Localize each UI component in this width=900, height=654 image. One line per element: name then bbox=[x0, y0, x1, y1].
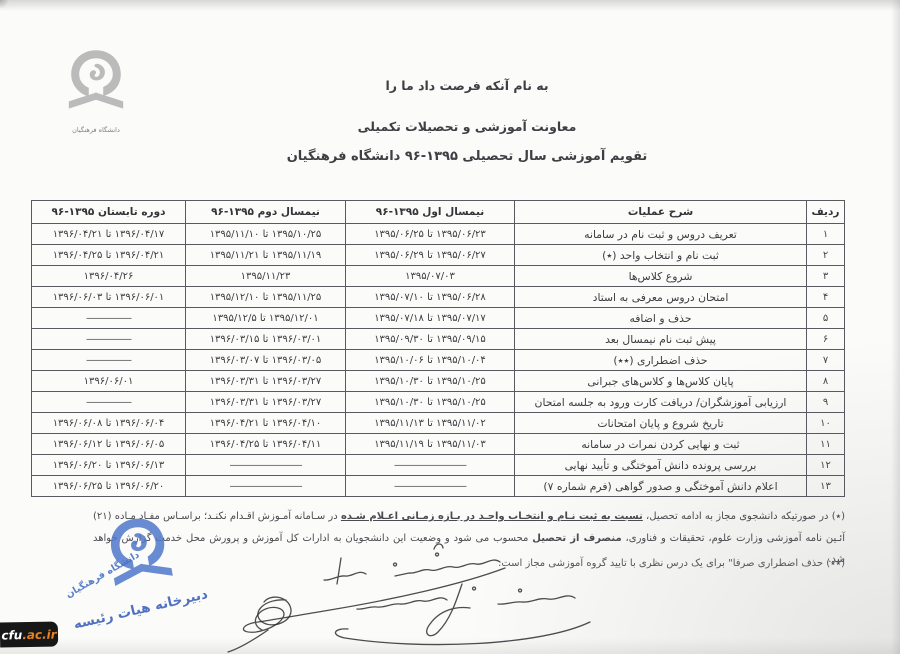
semester2-dates: ۱۳۹۶/۰۳/۰۵ تا ۱۳۹۶/۰۳/۰۷ bbox=[186, 350, 346, 371]
semester1-dates: ———————— bbox=[346, 476, 515, 497]
footnote-text-segment: (٭) در صورتیکه دانشجوی مجاز به ادامه تحص… bbox=[643, 511, 845, 522]
semester1-dates: ۱۳۹۵/۱۰/۲۵ تا ۱۳۹۵/۱۰/۳۰ bbox=[346, 371, 515, 392]
semester1-dates: ۱۳۹۵/۱۰/۰۴ تا ۱۳۹۵/۱۰/۰۶ bbox=[346, 350, 515, 371]
watermark-site: cfu bbox=[1, 628, 22, 642]
row-number: ۷ bbox=[807, 350, 845, 371]
operation-label: ثبت و نهایی کردن نمرات در سامانه bbox=[515, 434, 807, 455]
col-header-row-number: ردیف bbox=[807, 201, 845, 224]
operation-label: پایان کلاس‌ها و کلاس‌های جبرانی bbox=[515, 371, 807, 392]
handwritten-signatures bbox=[180, 535, 780, 654]
table-row: ۱۰تاریخ شروع و پایان امتحانات۱۳۹۵/۱۱/۰۲ … bbox=[32, 413, 845, 434]
semester2-dates: ۱۳۹۵/۱۱/۲۳ bbox=[186, 266, 346, 287]
col-header-semester2: نیمسال دوم ۱۳۹۵-۹۶ bbox=[186, 201, 346, 224]
operation-label: شروع کلاس‌ها bbox=[515, 266, 807, 287]
summer-dates: ۱۳۹۶/۰۴/۲۱ تا ۱۳۹۶/۰۴/۲۵ bbox=[32, 245, 186, 266]
summer-dates: ————— bbox=[32, 329, 186, 350]
row-number: ۱۲ bbox=[807, 455, 845, 476]
signature-stroke bbox=[394, 544, 522, 592]
row-number: ۱۳ bbox=[807, 476, 845, 497]
operation-label: تاریخ شروع و پایان امتحانات bbox=[515, 413, 807, 434]
summer-dates: ۱۳۹۶/۰۶/۰۵ تا ۱۳۹۶/۰۶/۱۲ bbox=[32, 434, 186, 455]
signature-stroke bbox=[324, 558, 366, 584]
semester2-dates: ۱۳۹۵/۱۲/۰۱ تا ۱۳۹۵/۱۲/۵ bbox=[186, 308, 346, 329]
row-number: ۹ bbox=[807, 392, 845, 413]
semester1-dates: ۱۳۹۵/۰۷/۱۷ تا ۱۳۹۵/۰۷/۱۸ bbox=[346, 308, 515, 329]
summer-dates: ۱۳۹۶/۰۴/۱۷ تا ۱۳۹۶/۰۴/۲۱ bbox=[32, 224, 186, 245]
operation-label: حذف و اضافه bbox=[515, 308, 807, 329]
semester2-dates: ۱۳۹۵/۱۱/۱۹ تا ۱۳۹۵/۱۱/۲۱ bbox=[186, 245, 346, 266]
semester2-dates: ۱۳۹۶/۰۴/۱۱ تا ۱۳۹۶/۰۴/۲۵ bbox=[186, 434, 346, 455]
table-row: ۳شروع کلاس‌ها۱۳۹۵/۰۷/۰۳۱۳۹۵/۱۱/۲۳۱۳۹۶/۰۴… bbox=[32, 266, 845, 287]
summer-dates: ۱۳۹۶/۰۴/۲۶ bbox=[32, 266, 186, 287]
row-number: ۳ bbox=[807, 266, 845, 287]
table-row: ۱۳اعلام دانش آموختگی و صدور گواهی (فرم ش… bbox=[32, 476, 845, 497]
table-row: ۱تعریف دروس و ثبت نام در سامانه۱۳۹۵/۰۶/۲… bbox=[32, 224, 845, 245]
semester2-dates: ۱۳۹۶/۰۴/۱۰ تا ۱۳۹۶/۰۴/۲۱ bbox=[186, 413, 346, 434]
department-line: معاونت آموزشی و تحصیلات تکمیلی bbox=[34, 119, 900, 134]
semester2-dates: ۱۳۹۶/۰۳/۲۷ تا ۱۳۹۶/۰۳/۳۱ bbox=[186, 392, 346, 413]
table-row: ۱۱ثبت و نهایی کردن نمرات در سامانه۱۳۹۵/۱… bbox=[32, 434, 845, 455]
semester2-dates: ۱۳۹۶/۰۳/۰۱ تا ۱۳۹۶/۰۳/۱۵ bbox=[186, 329, 346, 350]
semester1-dates: ۱۳۹۵/۱۰/۲۵ تا ۱۳۹۵/۱۰/۳۰ bbox=[346, 392, 515, 413]
summer-dates: ————— bbox=[32, 308, 186, 329]
operation-label: تعریف دروس و ثبت نام در سامانه bbox=[515, 224, 807, 245]
operation-label: اعلام دانش آموختگی و صدور گواهی (فرم شما… bbox=[515, 476, 807, 497]
col-header-summer: دوره تابستان ۱۳۹۵-۹۶ bbox=[32, 201, 186, 224]
semester1-dates: ۱۳۹۵/۰۹/۱۵ تا ۱۳۹۵/۰۹/۳۰ bbox=[346, 329, 515, 350]
semester2-dates: ———————— bbox=[186, 455, 346, 476]
table-row: ۹ارزیابی آموزشگران/ دریافت کارت ورود به … bbox=[32, 392, 845, 413]
semester1-dates: ۱۳۹۵/۰۷/۰۳ bbox=[346, 266, 515, 287]
semester2-dates: ———————— bbox=[186, 476, 346, 497]
table-row: ۸پایان کلاس‌ها و کلاس‌های جبرانی۱۳۹۵/۱۰/… bbox=[32, 371, 845, 392]
table-row: ۴امتحان دروس معرفی به استاد۱۳۹۵/۰۶/۲۸ تا… bbox=[32, 287, 845, 308]
scanned-page: دانشگاه فرهنگیان به نام آنکه فرصت داد ما… bbox=[0, 0, 900, 654]
cfu-watermark: cfu.ac.ir bbox=[0, 621, 58, 647]
semester1-dates: ۱۳۹۵/۰۶/۲۳ تا ۱۳۹۵/۰۶/۲۵ bbox=[346, 224, 515, 245]
semester2-dates: ۱۳۹۵/۱۰/۲۵ تا ۱۳۹۵/۱۱/۱۰ bbox=[186, 224, 346, 245]
signature-stroke bbox=[357, 598, 447, 609]
watermark-domain: .ac.ir bbox=[22, 627, 57, 642]
table-header-row: ردیف شرح عملیات نیمسال اول ۱۳۹۵-۹۶ نیمسا… bbox=[32, 201, 845, 224]
row-number: ۱ bbox=[807, 224, 845, 245]
signature-stroke bbox=[395, 560, 500, 576]
signature-stroke bbox=[427, 584, 470, 636]
row-number: ۱۱ bbox=[807, 434, 845, 455]
operation-label: پیش ثبت نام نیمسال بعد bbox=[515, 329, 807, 350]
footnote-underlined-phrase: نسبت به ثبت نـام و انتخـاب واحـد در بـاز… bbox=[341, 511, 643, 522]
summer-dates: ۱۳۹۶/۰۶/۰۱ bbox=[32, 371, 186, 392]
operation-label: ثبت نام و انتخاب واحد (٭) bbox=[515, 245, 807, 266]
table-row: ۶پیش ثبت نام نیمسال بعد۱۳۹۵/۰۹/۱۵ تا ۱۳۹… bbox=[32, 329, 845, 350]
semester2-dates: ۱۳۹۶/۰۳/۲۷ تا ۱۳۹۶/۰۳/۳۱ bbox=[186, 371, 346, 392]
row-number: ۴ bbox=[807, 287, 845, 308]
summer-dates: ۱۳۹۶/۰۶/۰۴ تا ۱۳۹۶/۰۶/۰۸ bbox=[32, 413, 186, 434]
table-row: ۱۲بررسی پرونده دانش آموختگی و تأیید نهای… bbox=[32, 455, 845, 476]
semester1-dates: ۱۳۹۵/۰۶/۲۷ تا ۱۳۹۵/۰۶/۲۹ bbox=[346, 245, 515, 266]
signature-stroke bbox=[335, 622, 590, 645]
summer-dates: ۱۳۹۶/۰۶/۱۳ تا ۱۳۹۶/۰۶/۲۰ bbox=[32, 455, 186, 476]
summer-dates: ————— bbox=[32, 392, 186, 413]
operation-label: حذف اضطراری (٭٭) bbox=[515, 350, 807, 371]
operation-label: بررسی پرونده دانش آموختگی و تأیید نهایی bbox=[515, 455, 807, 476]
summer-dates: ۱۳۹۶/۰۶/۲۰ تا ۱۳۹۶/۰۶/۲۵ bbox=[32, 476, 186, 497]
semester1-dates: ———————— bbox=[346, 455, 515, 476]
col-header-semester1: نیمسال اول ۱۳۹۵-۹۶ bbox=[346, 201, 515, 224]
semester1-dates: ۱۳۹۵/۰۶/۲۸ تا ۱۳۹۵/۰۷/۱۰ bbox=[346, 287, 515, 308]
page-title: تقویم آموزشی سال تحصیلی ۱۳۹۵-۹۶ دانشگاه … bbox=[34, 149, 900, 164]
row-number: ۵ bbox=[807, 308, 845, 329]
operation-label: ارزیابی آموزشگران/ دریافت کارت ورود به ج… bbox=[515, 392, 807, 413]
summer-dates: ۱۳۹۶/۰۶/۰۱ تا ۱۳۹۶/۰۶/۰۳ bbox=[32, 287, 186, 308]
row-number: ۸ bbox=[807, 371, 845, 392]
signature-stroke bbox=[498, 596, 575, 604]
table-row: ۲ثبت نام و انتخاب واحد (٭)۱۳۹۵/۰۶/۲۷ تا … bbox=[32, 245, 845, 266]
academic-calendar-table: ردیف شرح عملیات نیمسال اول ۱۳۹۵-۹۶ نیمسا… bbox=[31, 200, 845, 497]
semester1-dates: ۱۳۹۵/۱۱/۰۲ تا ۱۳۹۵/۱۱/۱۳ bbox=[346, 413, 515, 434]
col-header-operation: شرح عملیات bbox=[515, 201, 807, 224]
row-number: ۲ bbox=[807, 245, 845, 266]
operation-label: امتحان دروس معرفی به استاد bbox=[515, 287, 807, 308]
summer-dates: ————— bbox=[32, 350, 186, 371]
row-number: ۱۰ bbox=[807, 413, 845, 434]
row-number: ۶ bbox=[807, 329, 845, 350]
table-row: ۵حذف و اضافه۱۳۹۵/۰۷/۱۷ تا ۱۳۹۵/۰۷/۱۸۱۳۹۵… bbox=[32, 308, 845, 329]
signature-stroke bbox=[228, 597, 291, 652]
bismillah-line: به نام آنکه فرصت داد ما را bbox=[34, 78, 900, 93]
table-row: ۷حذف اضطراری (٭٭)۱۳۹۵/۱۰/۰۴ تا ۱۳۹۵/۱۰/۰… bbox=[32, 350, 845, 371]
semester2-dates: ۱۳۹۵/۱۱/۲۵ تا ۱۳۹۵/۱۲/۱۰ bbox=[186, 287, 346, 308]
semester1-dates: ۱۳۹۵/۱۱/۰۳ تا ۱۳۹۵/۱۱/۱۹ bbox=[346, 434, 515, 455]
